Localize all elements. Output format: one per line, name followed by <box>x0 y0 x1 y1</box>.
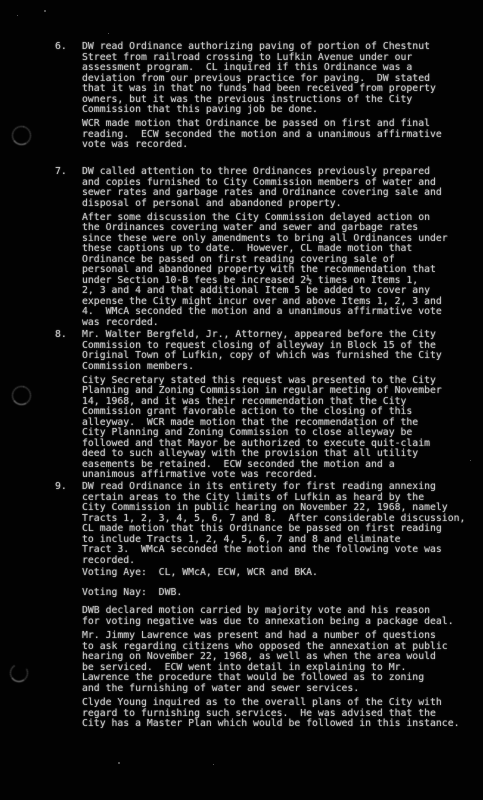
item-paragraph: Mr. Walter Bergfeld, Jr., Attorney, appe… <box>82 330 475 372</box>
item-paragraph: City Secretary stated this request was p… <box>82 376 475 481</box>
scanned-minutes-page: 6. DW read Ordinance authorizing paving … <box>0 0 483 800</box>
voting-aye-line: Voting Aye: CL, WMcA, ECW, WCR and BKA. <box>82 568 477 579</box>
closing-paragraph-lawrence-questions: Mr. Jimmy Lawrence was present and had a… <box>82 631 477 694</box>
item-paragraph: WCR made motion that Ordinance be passed… <box>82 119 475 151</box>
item-number: 9. <box>55 482 82 493</box>
minutes-item-7: 7. DW called attention to three Ordinanc… <box>55 167 475 332</box>
item-paragraph: DW called attention to three Ordinances … <box>82 167 475 209</box>
item-number: 6. <box>55 42 82 53</box>
item-paragraph: DW read Ordinance in its entirety for fi… <box>82 482 475 566</box>
closing-paragraph-young-inquiry: Clyde Young inquired as to the overall p… <box>82 698 477 730</box>
item-paragraph: After some discussion the City Commissio… <box>82 213 475 329</box>
minutes-text-layer: 6. DW read Ordinance authorizing paving … <box>0 0 483 800</box>
voting-nay-line: Voting Nay: DWB. <box>82 588 477 599</box>
item-number: 8. <box>55 330 82 341</box>
minutes-item-8: 8. Mr. Walter Bergfeld, Jr., Attorney, a… <box>55 330 475 484</box>
item-number: 7. <box>55 167 82 178</box>
minutes-item-6: 6. DW read Ordinance authorizing paving … <box>55 42 475 154</box>
closing-paragraph-motion-carried: DWB declared motion carried by majority … <box>82 606 477 627</box>
minutes-item-9: 9. DW read Ordinance in its entirety for… <box>55 482 475 570</box>
item-paragraph: DW read Ordinance authorizing paving of … <box>82 42 475 116</box>
